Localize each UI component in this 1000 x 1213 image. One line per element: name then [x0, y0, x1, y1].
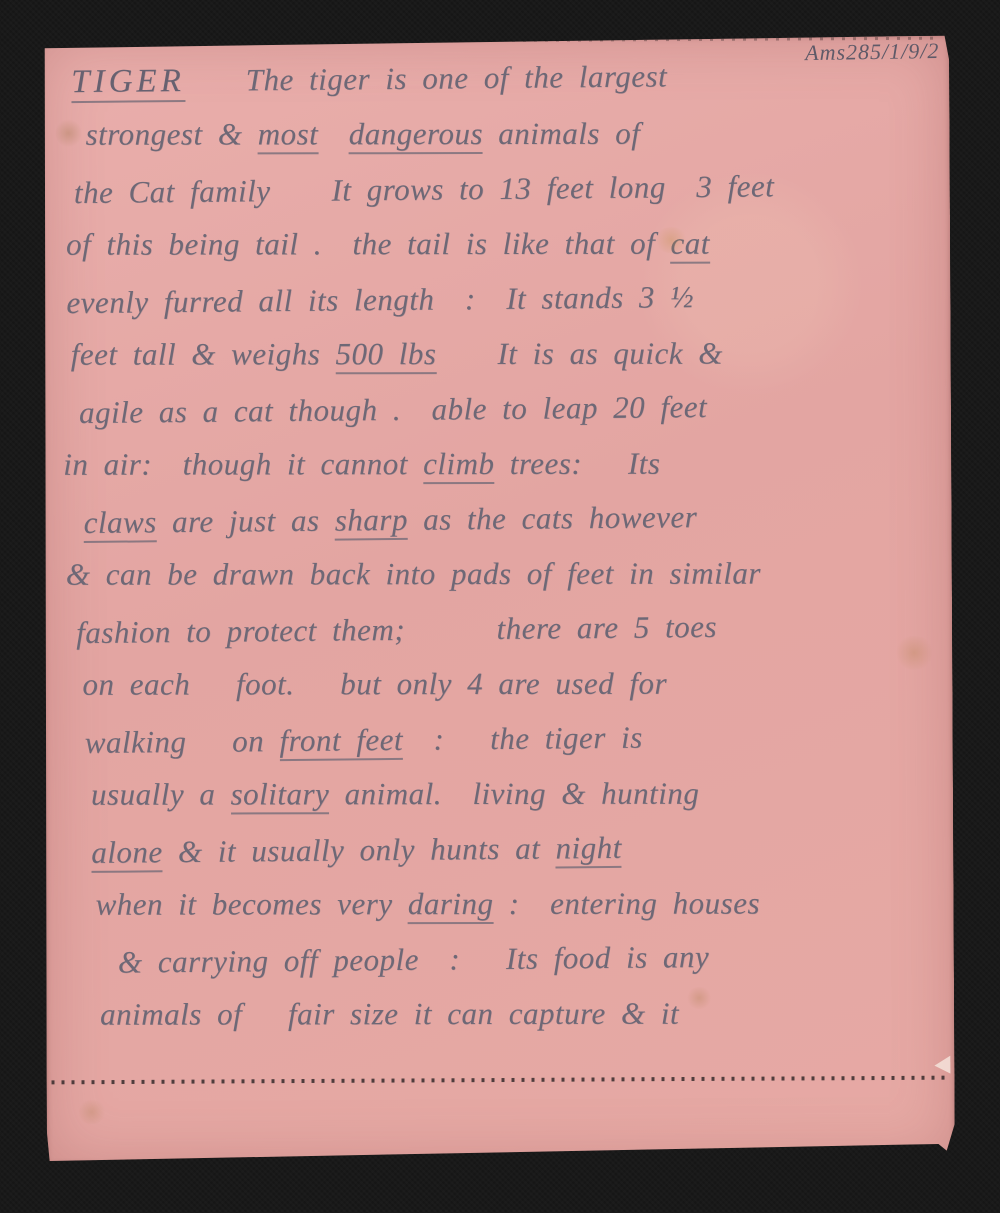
text-segment: walking on [85, 723, 280, 760]
text-segment: sharp [335, 502, 409, 541]
tear-notch [934, 1056, 950, 1074]
text-line: of this being tail . the tail is like th… [58, 215, 938, 272]
text-segment: in air: though it cannot [63, 446, 423, 482]
text-segment: climb [423, 446, 494, 484]
text-segment: strongest & [86, 116, 258, 151]
text-line: in air: though it cannot climb trees: It… [59, 435, 939, 492]
text-segment: solitary [231, 776, 330, 814]
text-segment: on each foot. but only 4 are used for [82, 666, 667, 702]
text-line: TIGER The tiger is one of the largest [57, 46, 937, 110]
text-segment: claws [83, 504, 156, 543]
letter-card: Ams285/1/9/2 TIGER The tiger is one of t… [41, 36, 955, 1165]
page-title: TIGER [71, 63, 185, 103]
text-line: feet tall & weighs 500 lbs It is as quic… [59, 325, 939, 382]
text-segment: & carrying off people : Its food is any [118, 939, 710, 980]
text-segment: daring [408, 886, 494, 924]
text-segment: of this being tail . the tail is like th… [66, 226, 670, 262]
text-line: evenly furred all its length : It stands… [58, 267, 938, 330]
text-line: & carrying off people : Its food is any [62, 927, 942, 990]
text-line: claws are just as sharp as the cats howe… [59, 487, 939, 550]
text-segment: agile as a cat though . able to leap 20 … [79, 389, 707, 430]
text-line: alone & it usually only hunts at night [61, 817, 941, 880]
text-segment: : the tiger is [403, 720, 643, 757]
text-line: & can be drawn back into pads of feet in… [60, 545, 940, 602]
text-segment: when it becomes very [96, 886, 408, 922]
text-segment: & it usually only hunts at [163, 830, 556, 869]
text-segment: are just as [157, 503, 335, 540]
text-line: animals of fair size it can capture & it [62, 985, 942, 1042]
text-line: agile as a cat though . able to leap 20 … [59, 377, 939, 440]
text-segment: evenly furred all its length : It stands… [66, 279, 694, 320]
handwritten-text: TIGER The tiger is one of the largeststr… [57, 48, 942, 1044]
text-line: on each foot. but only 4 are used for [60, 655, 940, 712]
text-line: walking on front feet : the tiger is [60, 707, 940, 770]
text-line: usually a solitary animal. living & hunt… [61, 765, 941, 822]
text-segment: trees: Its [494, 446, 660, 481]
text-line: fashion to protect them; there are 5 toe… [60, 597, 940, 660]
text-segment: dangerous [349, 116, 483, 154]
text-segment: alone [91, 834, 163, 873]
text-line: strongest & most dangerous animals of [58, 105, 938, 162]
text-segment: : entering houses [493, 886, 760, 921]
text-segment: most [258, 116, 319, 154]
text-segment: The tiger is one of the largest [185, 58, 668, 98]
text-segment: It is as quick & [436, 336, 722, 371]
text-line: when it becomes very daring : entering h… [62, 875, 942, 932]
text-segment: cat [670, 226, 709, 264]
text-segment: animals of [483, 116, 640, 151]
text-segment: the Cat family It grows to 13 feet long … [74, 168, 775, 210]
text-segment: night [555, 830, 622, 869]
photo-background: { "colors": { "background_black": "#1616… [0, 0, 1000, 1213]
text-segment: 500 lbs [335, 336, 436, 374]
text-segment: front feet [279, 722, 403, 761]
text-segment: feet tall & weighs [71, 336, 336, 371]
text-segment: animal. living & hunting [329, 776, 699, 812]
text-segment: & can be drawn back into pads of feet in… [66, 556, 761, 592]
text-segment: as the cats however [408, 499, 698, 537]
text-segment [318, 116, 349, 151]
text-segment: animals of fair size it can capture & it [100, 996, 679, 1032]
text-line: the Cat family It grows to 13 feet long … [58, 157, 938, 220]
text-segment: fashion to protect them; there are 5 toe… [76, 609, 717, 650]
text-segment: usually a [91, 776, 231, 811]
